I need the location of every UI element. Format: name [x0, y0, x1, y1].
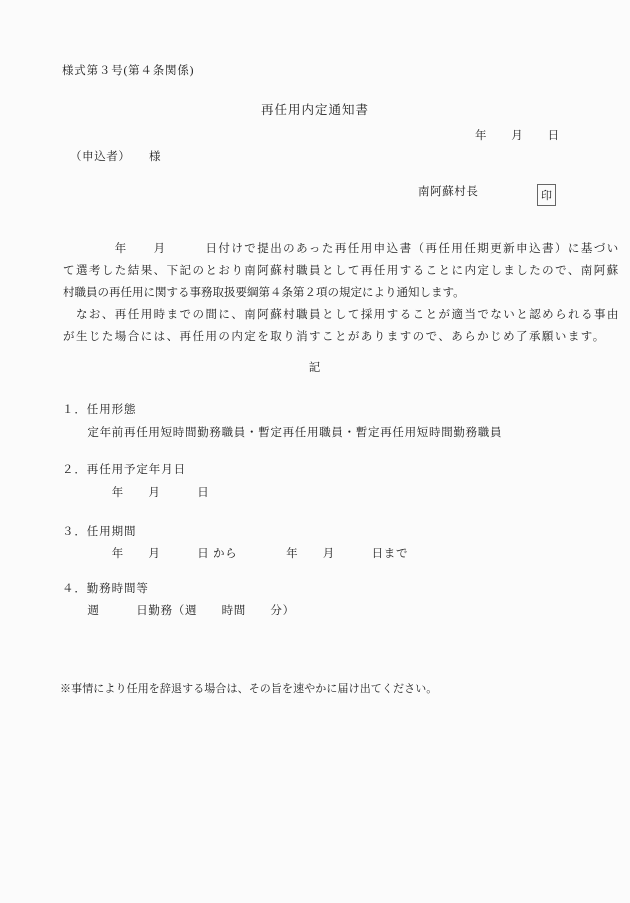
body-paragraph-line: なお、再任用時までの間に、南阿蘇村職員として採用することが適当でないと認められる…	[63, 308, 620, 323]
addressee-line: （申込者） 様	[70, 150, 161, 165]
document-title: 再任用内定通知書	[0, 103, 630, 118]
item-3-heading: ３．任用期間	[62, 525, 136, 540]
item-1-heading: １．任用形態	[62, 403, 136, 418]
item-4-heading: ４．勤務時間等	[62, 582, 149, 597]
document-page: 様式第３号(第４条関係) 再任用内定通知書 年 月 日 （申込者） 様 南阿蘇村…	[0, 0, 630, 903]
body-paragraph-line: 年 月 日付けで提出のあった再任用申込書（再任用任期更新申込書）に基づい	[63, 242, 620, 257]
ki-marker: 記	[0, 361, 630, 376]
body-paragraph-line: 村職員の再任用に関する事務取扱要綱第４条第２項の規定により通知します。	[63, 286, 465, 301]
item-2-heading: ２．再任用予定年月日	[62, 463, 186, 478]
seal-stamp-box: 印	[537, 184, 556, 206]
item-4-value: 週 日勤務（週 時間 分）	[63, 604, 295, 619]
item-3-value: 年 月 日 から 年 月 日まで	[63, 547, 408, 562]
issue-date-line: 年 月 日	[475, 129, 560, 144]
item-1-value: 定年前再任用短時間勤務職員・暫定再任用職員・暫定再任用短時間勤務職員	[63, 426, 502, 441]
body-paragraph-line: が生じた場合には、再任用の内定を取り消すことがありますので、あらかじめ了承願いま…	[63, 330, 606, 345]
issuer-name: 南阿蘇村長	[418, 185, 479, 200]
item-2-value: 年 月 日	[63, 486, 209, 501]
note-line: ※事情により任用を辞退する場合は、その旨を速やかに届け出てください。	[60, 682, 437, 697]
body-paragraph-line: て選考した結果、下記のとおり南阿蘇村職員として再任用することに内定しましたので、…	[63, 264, 620, 279]
form-number: 様式第３号(第４条関係)	[62, 64, 194, 79]
